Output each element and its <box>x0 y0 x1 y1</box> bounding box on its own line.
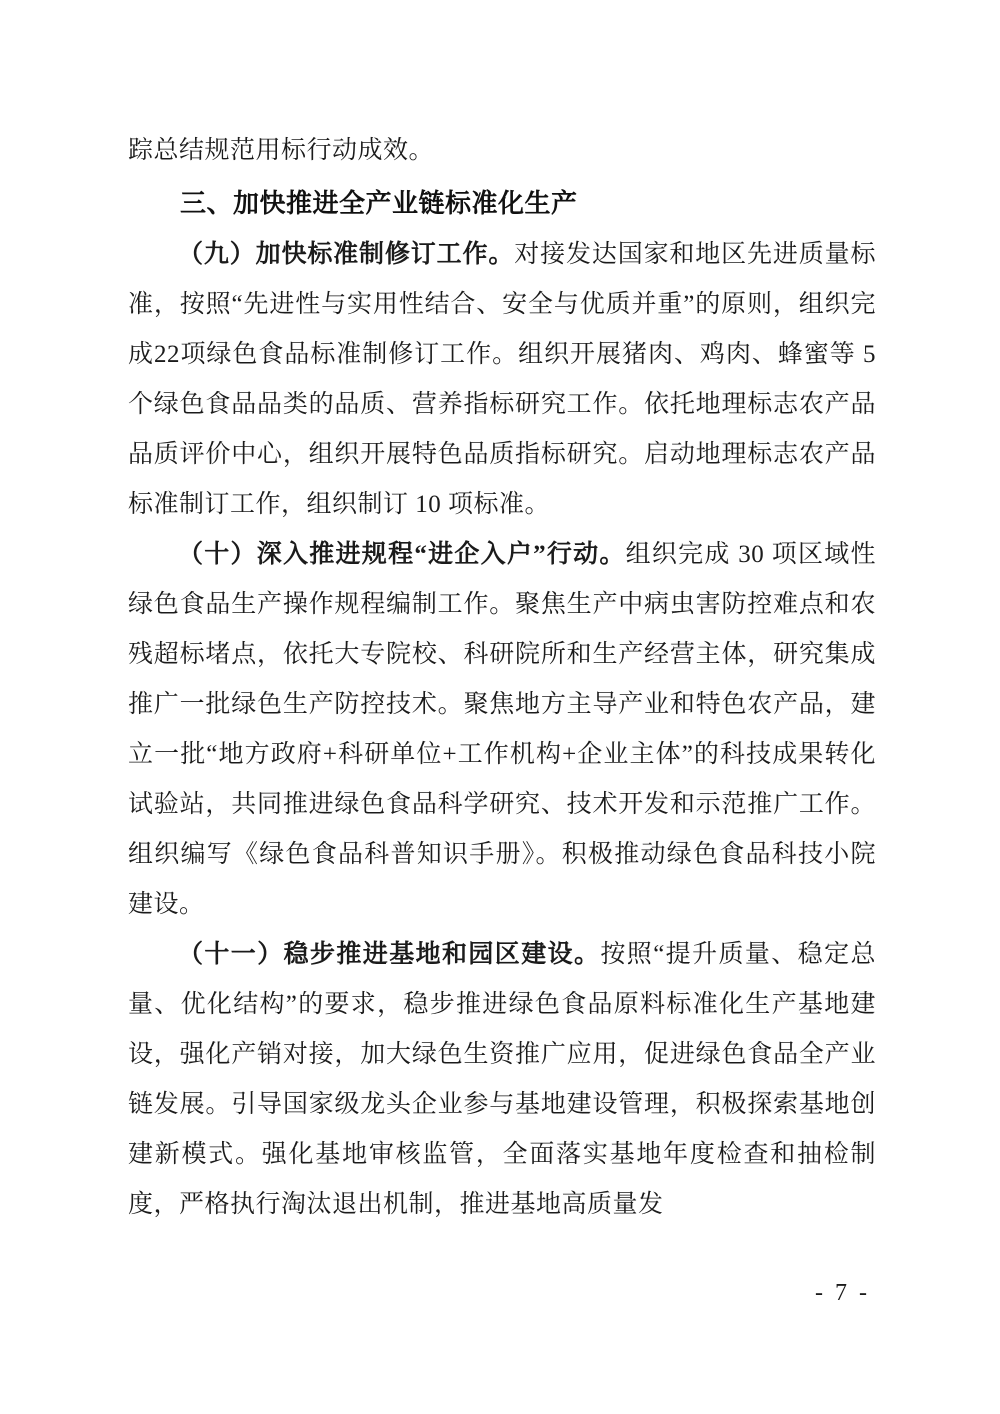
paragraph-item-11: （十一）稳步推进基地和园区建设。按照“提升质量、稳定总量、优化结构”的要求，稳步… <box>128 930 876 1230</box>
paragraph-lead-11: （十一）稳步推进基地和园区建设。 <box>178 941 600 968</box>
paragraph-lead-9: （九）加快标准制修订工作。 <box>178 241 514 268</box>
paragraph-body-11: 按照“提升质量、稳定总量、优化结构”的要求，稳步推进绿色食品原料标准化生产基地建… <box>128 941 876 1218</box>
paragraph-item-9: （九）加快标准制修订工作。对接发达国家和地区先进质量标准，按照“先进性与实用性结… <box>128 230 876 530</box>
paragraph-lead-10: （十）深入推进规程“进企入户”行动。 <box>178 541 626 568</box>
page-number: - 7 - <box>815 1280 870 1307</box>
paragraph-item-10: （十）深入推进规程“进企入户”行动。组织完成 30 项区域性绿色食品生产操作规程… <box>128 530 876 930</box>
paragraph-body-9: 对接发达国家和地区先进质量标准，按照“先进性与实用性结合、安全与优质并重”的原则… <box>128 241 876 518</box>
section-heading: 三、加快推进全产业链标准化生产 <box>128 176 876 230</box>
document-page: 踪总结规范用标行动成效。 三、加快推进全产业链标准化生产 （九）加快标准制修订工… <box>0 0 1000 1414</box>
paragraph-continuation: 踪总结规范用标行动成效。 <box>128 126 876 176</box>
document-content: 踪总结规范用标行动成效。 三、加快推进全产业链标准化生产 （九）加快标准制修订工… <box>128 126 876 1230</box>
paragraph-body-10: 组织完成 30 项区域性绿色食品生产操作规程编制工作。聚焦生产中病虫害防控难点和… <box>128 541 876 918</box>
